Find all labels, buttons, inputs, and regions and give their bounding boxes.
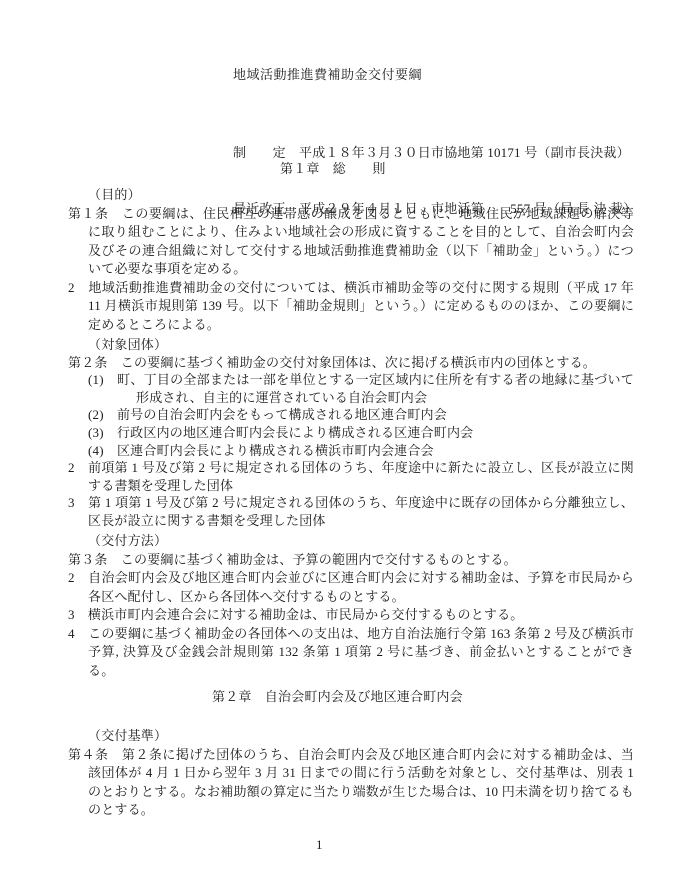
section-label-grant-method: （交付方法） bbox=[68, 532, 634, 551]
article-2-item-1: (1) 町、丁目の全部または一部を単位とする一定区域内に住所を有する者の地縁に基… bbox=[68, 371, 634, 406]
chapter-2-heading: 第２章 自治会町内会及び地区連合町内会 bbox=[212, 688, 463, 707]
article-2-intro: 第２条 この要綱に基づく補助金の交付対象団体は、次に掲げる横浜市内の団体とする。 bbox=[68, 354, 634, 372]
section-purpose: （目的） 第１条 この要綱は、住民相互の連帯感の醸成を図るとともに、地域住民が地… bbox=[68, 186, 634, 334]
section-label-purpose: （目的） bbox=[68, 186, 634, 205]
article-2-paragraph-2: 2 前項第 1 号及び第 2 号に規定される団体のうち、年度途中に新たに設立し、… bbox=[68, 459, 634, 494]
section-label-eligible-groups: （対象団体） bbox=[68, 336, 634, 354]
article-1-paragraph-1: 第１条 この要綱は、住民相互の連帯感の醸成を図るとともに、地域住民が地域課題の解… bbox=[68, 205, 634, 279]
section-grant-criteria: （交付基準） 第４条 第２条に掲げた団体のうち、自治会町内会及び地区連合町内会に… bbox=[68, 727, 634, 820]
article-4-paragraph-1: 第４条 第２条に掲げた団体のうち、自治会町内会及び地区連合町内会に対する補助金は… bbox=[68, 746, 634, 820]
article-3-paragraph-4: 4 この要綱に基づく補助金の各団体への支出は、地方自治法施行令第 163 条第 … bbox=[68, 625, 634, 681]
article-2-paragraph-3: 3 第 1 項第 1 号及び第 2 号に規定される団体のうち、年度途中に既存の団… bbox=[68, 494, 634, 529]
document-title: 地域活動推進費補助金交付要綱 bbox=[233, 66, 422, 85]
article-3-paragraph-3: 3 横浜市町内会連合会に対する補助金は、市民局から交付するものとする。 bbox=[68, 606, 634, 625]
article-2-item-3: (3) 行政区内の地区連合町内会長により構成される区連合町内会 bbox=[68, 424, 634, 442]
article-3-paragraph-1: 第３条 この要綱に基づく補助金は、予算の範囲内で交付するものとする。 bbox=[68, 551, 634, 570]
document-page: 地域活動推進費補助金交付要綱 制 定 平成１８年３月３０日市協地第 10171 … bbox=[0, 0, 700, 895]
article-2-item-4: (4) 区連合町内会長により構成される横浜市町内会連合会 bbox=[68, 442, 634, 460]
article-3-paragraph-2: 2 自治会町内会及び地区連合町内会並びに区連合町内会に対する補助金は、予算を市民… bbox=[68, 569, 634, 606]
section-eligible-groups: （対象団体） 第２条 この要綱に基づく補助金の交付対象団体は、次に掲げる横浜市内… bbox=[68, 336, 634, 530]
section-grant-method: （交付方法） 第３条 この要綱に基づく補助金は、予算の範囲内で交付するものとする… bbox=[68, 532, 634, 680]
chapter-1-heading: 第１章 総 則 bbox=[280, 160, 386, 179]
article-1-paragraph-2: 2 地域活動推進費補助金の交付については、横浜市補助金等の交付に関する規則（平成… bbox=[68, 279, 634, 335]
article-2-item-2: (2) 前号の自治会町内会をもって構成される地区連合町内会 bbox=[68, 406, 634, 424]
section-label-grant-criteria: （交付基準） bbox=[68, 727, 634, 746]
page-number: 1 bbox=[316, 836, 323, 855]
